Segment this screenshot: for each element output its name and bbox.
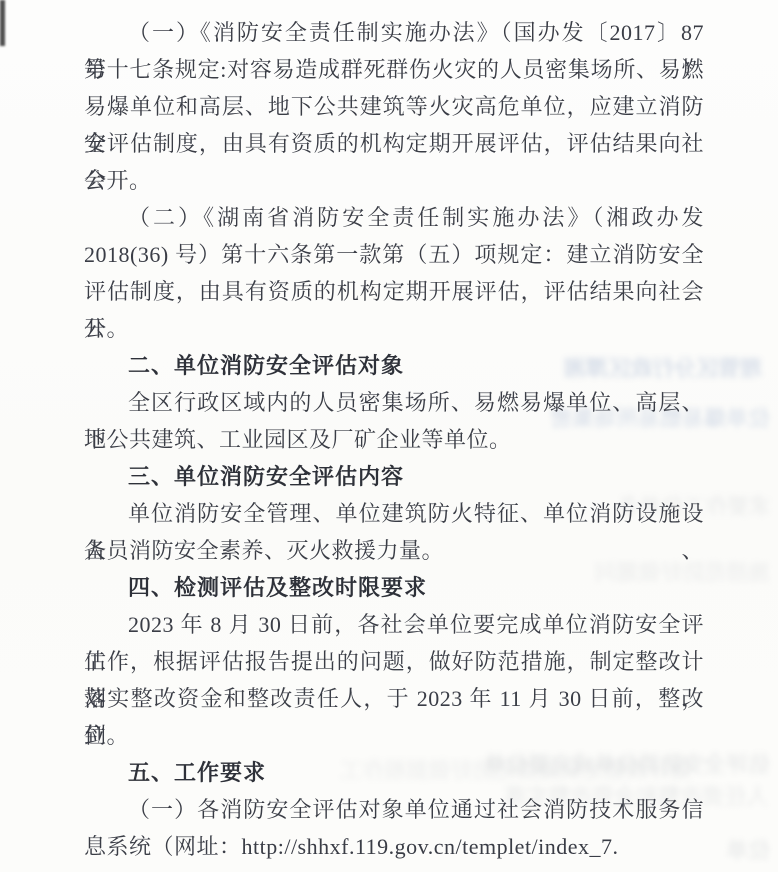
document-line: 落实整改资金和整改责任人，于 2023 年 11 月 30 日前，整改到 [84, 680, 704, 717]
document-line: 三、单位消防安全评估内容 [84, 458, 704, 495]
document-line: 工作，根据评估报告提出的问题，做好防范措施，制定整改计划， [84, 643, 704, 680]
document-line: （一）《消防安全责任制实施办法》（国办发〔2017〕87 号） [84, 14, 704, 51]
document-line: 2018(36) 号）第十六条第一款第（五）项规定：建立消防安全 [84, 236, 704, 273]
document-line: 单位消防安全管理、单位建筑防火特征、单位消防设施设备、 [84, 495, 704, 532]
document-line: 易爆单位和高层、地下公共建筑等火灾高危单位，应建立消防安 [84, 88, 704, 125]
document-line: 评估制度，由具有资质的机构定期开展评估，评估结果向社会公 [84, 273, 704, 310]
document-line: 四、检测评估及整改时限要求 [84, 569, 704, 606]
document-line: 五、工作要求 [84, 754, 704, 791]
document-line: 位。 [84, 717, 704, 754]
document-line: 息系统（网址：http://shhxf.119.gov.cn/templet/i… [84, 828, 704, 865]
document-page: 理管区分行政区潭湘位单爆易燃易所场集密求要作工位单各施措范防好做题问估评全安防消… [0, 0, 778, 872]
document-line: 全区行政区域内的人员密集场所、易燃易爆单位、高层、地 [84, 384, 704, 421]
document-line: 下公共建筑、工业园区及厂矿企业等单位。 [84, 421, 704, 458]
document-line: 2023 年 8 月 30 日前，各社会单位要完成单位消防安全评估 [84, 606, 704, 643]
document-line: 全评估制度，由具有资质的机构定期开展评估，评估结果向社会 [84, 125, 704, 162]
document-line: 开。 [84, 310, 704, 347]
document-line: 第十七条规定:对容易造成群死群伤火灾的人员密集场所、易燃 [84, 51, 704, 88]
document-line: （一）各消防安全评估对象单位通过社会消防技术服务信 [84, 791, 704, 828]
document-line: （二）《湖南省消防安全责任制实施办法》（湘政办发 [84, 199, 704, 236]
document-content: （一）《消防安全责任制实施办法》（国办发〔2017〕87 号）第十七条规定:对容… [0, 0, 778, 865]
document-line: 二、单位消防安全评估对象 [84, 347, 704, 384]
document-line: 公开。 [84, 162, 704, 199]
